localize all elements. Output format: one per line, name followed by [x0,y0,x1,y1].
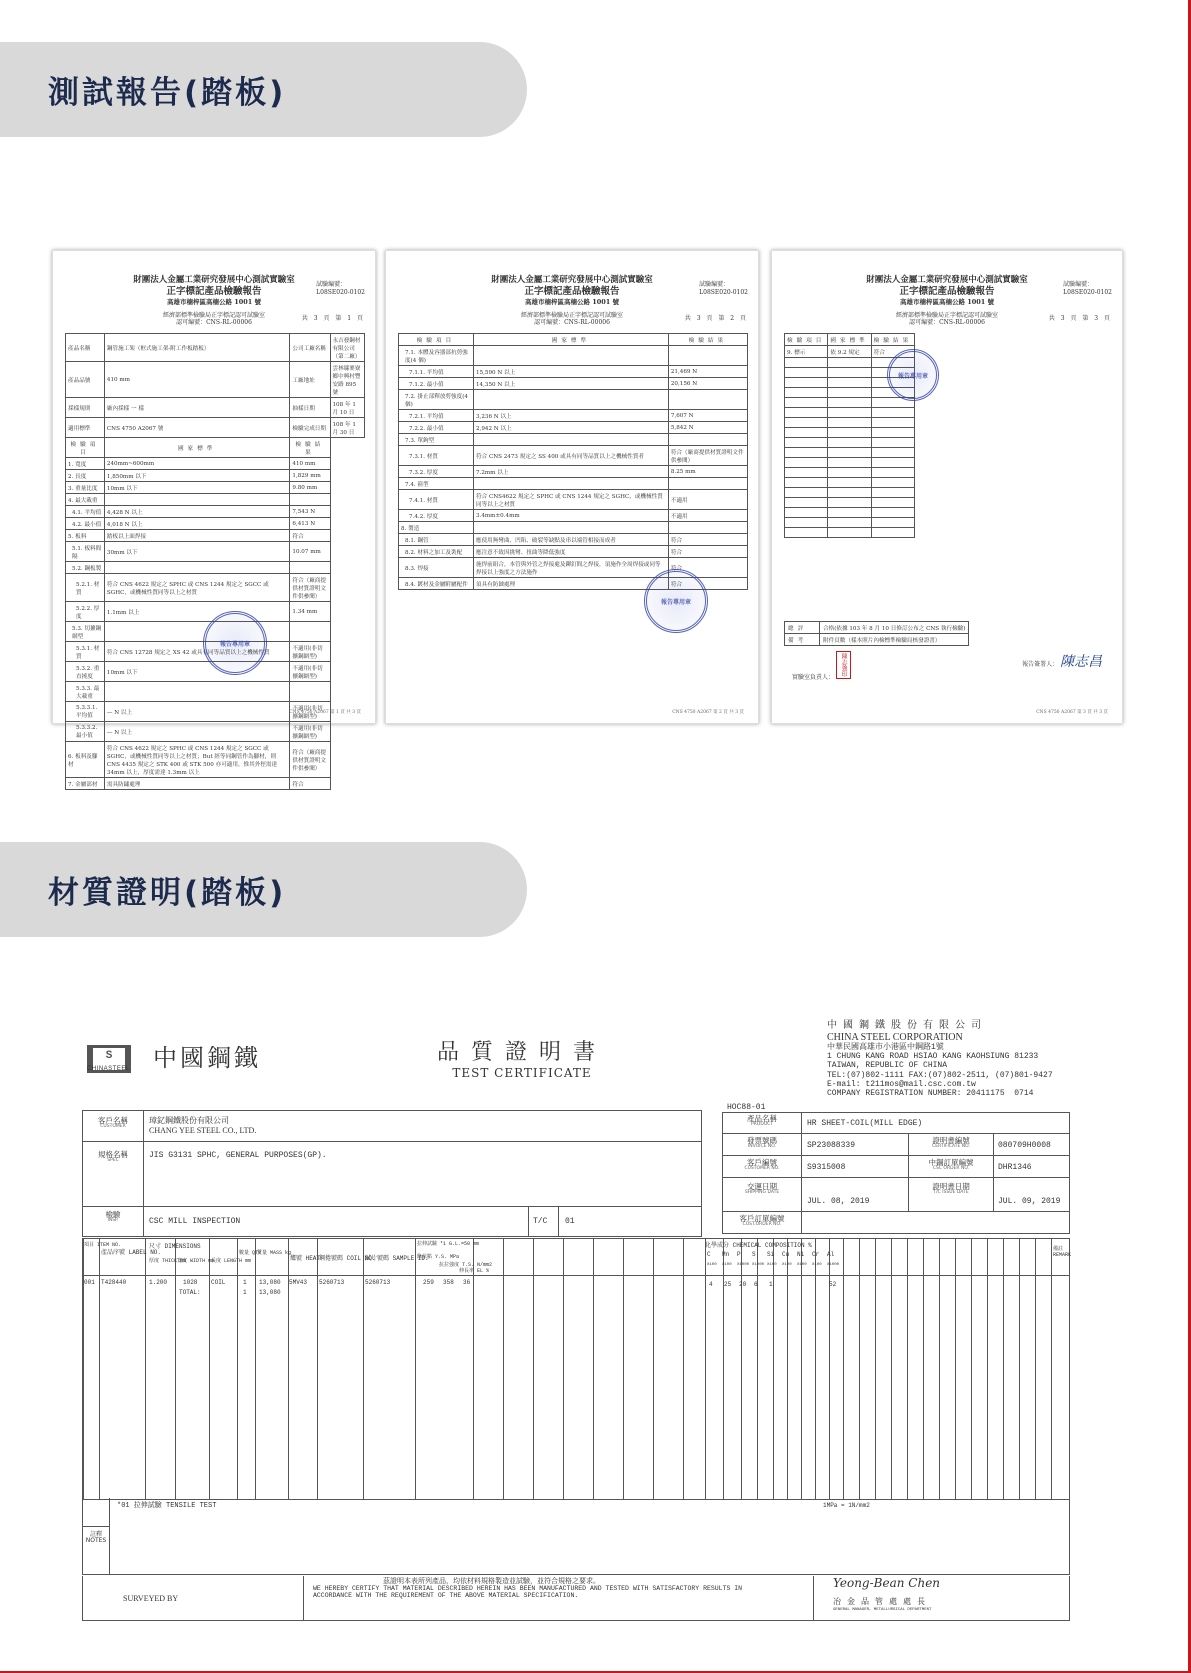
table-row: 5.3.3. 最大載重 [66,682,365,702]
empty-row [785,418,915,428]
result-cell: 5,842 N [668,422,747,434]
info-cell: 抽樣日期 [290,398,330,418]
col-multiplier: X1000 [737,1263,749,1267]
result-cell: 符合 [668,546,747,558]
inspection-label: 檢驗INSP. [85,1211,141,1224]
section-title: 材質證明(踏板) [48,867,286,912]
item-cell: 7.4.2. 厚度 [399,510,474,522]
total-mass: 13,080 [259,1289,281,1296]
col-tensile: 拉伸試驗 *1 G.L.=50 mm [417,1240,479,1247]
row-thick: 1.200 [149,1279,167,1286]
row-mass: 13,080 [259,1279,281,1286]
empty-cell [871,438,914,448]
grid-line [175,1239,176,1499]
standard-cell: 符合 CNS 2473 規定之 SS 400 或具有同等品質以上之機械性質者 [473,446,668,466]
empty-cell [785,468,828,478]
result-cell [290,562,330,574]
table-row: 7. 金屬部材需具防鏽處理符合 [66,778,365,790]
cert-no-value: 080709H0008 [998,1141,1051,1150]
empty-cell [871,488,914,498]
report-footer: CNS 4750 A2067 第 2 頁 共 3 頁 [672,709,744,715]
tc-value: 01 [565,1217,575,1226]
standard-cell [473,478,668,490]
report-number-value: L08SE020-0102 [316,289,365,297]
table-row: 8.1. 鋼管應使用無彎曲、凹陷、破裂等缺點及串以端管相接而成者符合 [399,534,748,546]
info-cell: 工廠地址 [290,362,330,398]
item-cell: 8.1. 鋼管 [399,534,474,546]
info-cell: 雲林縣麥寮鄉中興村豐安路 895 號 [330,362,365,398]
standard-cell: 3.4mm±0.4mm [473,510,668,522]
empty-cell [871,508,914,518]
result-cell: 符合（廠商提供材質證明文件供參閱） [668,446,747,466]
registration-suffix: 0714 [1014,1089,1033,1098]
report-number: 試驗編號： L08SE020-0102 [316,281,365,297]
info-cell: 採樣規則 [66,398,105,418]
table-row: 7.4.2. 厚度3.4mm±0.4mm不適用 [399,510,748,522]
seal-text: 報告專用章 [898,371,928,380]
empty-cell [871,408,914,418]
empty-cell [828,358,871,368]
table-row: 5.2. 鋼板製 [66,562,365,574]
invoice-value: SP23088339 [807,1141,855,1150]
item-cell: 5.2.1. 材質 [66,574,105,602]
certificate-title: 品質證明書 TEST CERTIFICATE [437,1035,607,1080]
standard-cell: 符合 CNS4622 規定之 SPHC 或 CNS 1244 規定之 SGHC，… [473,490,668,510]
certificate-data-grid: 項目 ITEM NO.產品序號 LABEL NO.尺寸 DIMENSIONS厚度… [82,1238,1070,1500]
company-info: 中國鋼鐵股份有限公司 CHINA STEEL CORPORATION 中華民國高… [827,1020,1053,1098]
grid-line [593,1239,594,1499]
grid-line [683,1239,684,1499]
empty-cell [871,518,914,528]
address-zh: 中華民國高雄市小港區中鋼路1號 [827,1043,1053,1052]
grid-line [741,1239,742,1499]
info-row: 適用標準CNS 4750 A2067 號檢驗完成日期108 年 1 月 30 日 [66,418,365,438]
empty-row [785,518,915,528]
col-multiplier: X100 [767,1263,777,1267]
grid-line [317,1239,318,1499]
report-page: 共 3 頁 第 3 頁 [1049,313,1112,322]
col-heat: 爐號 HEAT [290,1253,320,1262]
empty-row [785,478,915,488]
col-remark: 備註 REMARK [1053,1245,1071,1258]
col-element: P [737,1251,741,1258]
info-cell: 適用標準 [66,418,105,438]
customer-no-label: 客戶編號CUSTOMER NO. [725,1159,799,1172]
empty-cell [785,498,828,508]
standard-cell: 4,428 N 以上 [104,506,290,518]
col-length: 長度 LENGTH mm [211,1257,251,1264]
row-ys: 259 [423,1279,434,1286]
empty-cell [828,388,871,398]
summary-value: 合格(依據 103 年 8 月 10 日修訂公布之 CNS 執行檢驗) [820,622,969,634]
telephone: TEL:(07)802-1111 FAX:(07)802-2511, (07)8… [827,1071,1053,1080]
row-el: 36 [463,1279,470,1286]
issue-date-value: JUL. 09, 2019 [998,1197,1060,1206]
col-multiplier: X100 [707,1263,717,1267]
row-item: 001 [84,1279,95,1286]
item-cell: 7.1.1. 平均值 [399,366,474,378]
grid-line [829,1239,830,1499]
column-header: 檢驗項目 [399,334,474,346]
item-cell: 5.3.1. 材質 [66,642,105,662]
report-number-label: 試驗編號： [1063,281,1112,289]
grid-line [955,1239,956,1499]
grid-line [363,1239,364,1499]
empty-cell [785,478,828,488]
table-row: 4. 最大載重 [66,494,365,506]
empty-cell [785,528,828,538]
table-row: 7.4. 箍型 [399,478,748,490]
seal-stamp: 報告專用章 [203,611,267,675]
logo-zh: 中國鋼鐵 [153,1038,261,1073]
row-chem: 20 [739,1281,746,1288]
row-chem: 4 [709,1281,713,1288]
column-header: 檢驗項目 [785,334,828,346]
grid-line [473,1239,474,1499]
invoice-label: 發票號碼INVOICE NO. [725,1137,799,1150]
empty-cell [785,458,828,468]
empty-cell [785,398,828,408]
supervisor-label: 實驗室負責人： [792,674,834,681]
info-cell: 檢驗完成日期 [290,418,330,438]
empty-cell [871,528,914,538]
empty-cell [785,518,828,528]
item-cell: 7.3. 單鉤型 [399,434,474,446]
info-cell: 廠內採樣 一 樣 [104,398,290,418]
standard-cell: 施焊前組合，本管與外管之焊接處及鉚釘間之焊接，須施作全周焊接或同等焊接以上強度之… [473,558,668,578]
empty-row [785,528,915,538]
empty-row [785,408,915,418]
empty-cell [828,438,871,448]
empty-row [785,458,915,468]
empty-cell [785,488,828,498]
empty-cell [785,448,828,458]
table-row: 7.2. 掛止部釋放剪強度(4 個) [399,390,748,410]
registration: COMPANY REGISTRATION NUMBER: 20411175 [827,1089,1005,1098]
grid-line [843,1239,844,1499]
standard-cell: 1,850mm 以下 [104,470,290,482]
material-test-certificate: S CHINASTEEL 中國鋼鐵 品質證明書 TEST CERTIFICATE… [82,1020,1085,1580]
grid-line [255,1239,256,1499]
col-multiplier: X100 [782,1263,792,1267]
col-multiplier: X100 [797,1263,807,1267]
col-element: Cr [812,1251,819,1258]
empty-row [785,488,915,498]
signer-label: 報告簽署人： [1022,661,1058,668]
info-cell: 108 年 1 月 30 日 [330,418,365,438]
item-cell: 5.3.3. 最大載重 [66,682,105,702]
grid-line [83,1275,1069,1276]
col-element: Al [827,1251,834,1258]
spec-label: 規格名稱SPEC [85,1151,141,1164]
footnote-tensile: *01 拉伸試驗 TENSILE TEST [117,1500,216,1510]
item-cell: 5.3.3.2. 最小值 [66,722,105,742]
report-summary: 總評 合格(依據 103 年 8 月 10 日修訂公布之 CNS 執行檢驗) 備… [784,621,969,646]
grid-line [757,1239,758,1499]
dept-zh: 冶金品管處處長 [833,1596,931,1607]
china-steel-logo: S CHINASTEEL 中國鋼鐵 [87,1038,261,1073]
empty-cell [828,508,871,518]
result-cell: 7,607 N [668,410,747,422]
empty-cell [828,468,871,478]
empty-cell [828,458,871,468]
item-cell: 5. 板料 [66,530,105,542]
result-cell: 不適用 [668,490,747,510]
info-cell: 410 mm [104,362,290,398]
title-zh: 品質證明書 [437,1035,607,1066]
standard-cell: 踏板以上面焊接 [104,530,290,542]
standard-cell: — N 以上 [104,702,290,722]
info-row: 採樣規則廠內採樣 一 樣抽樣日期108 年 1 月 10 日 [66,398,365,418]
grid-line [723,1239,724,1499]
grid-line [939,1239,940,1499]
result-cell: 7,543 N [290,506,330,518]
grid-line [1019,1239,1020,1499]
empty-cell [828,448,871,458]
item-cell: 5.3. 切擴鋼網型 [66,622,105,642]
item-cell: 4. 最大載重 [66,494,105,506]
grid-line [209,1239,210,1499]
empty-cell [785,508,828,518]
standard-cell: 應注意不致因挑彎、扭曲等降低強度 [473,546,668,558]
report-table: 產品名稱鋼管施工架（框式施工架-附工作板踏板）公司工廠名稱永吉發鋼材有限公司（第… [65,333,365,790]
grid-line [145,1239,146,1499]
grid-line [99,1239,100,1499]
standard-cell: 10mm 以下 [104,662,290,682]
certify-en: WE HEREBY CERTIFY THAT MATERIAL DESCRIBE… [313,1585,753,1600]
empty-cell [871,478,914,488]
empty-row [785,438,915,448]
csc-order-label: 中鋼訂單編號CSC ORDER NO. [910,1159,992,1172]
standard-cell: — N 以上 [104,722,290,742]
signature: Yeong-Bean Chen [833,1576,940,1590]
order-info-box: 產品名稱PRODUCT HR SHEET-COIL(MILL EDGE) 發票號… [722,1112,1070,1234]
seal-text: 報告專用章 [661,597,691,606]
grid-line [815,1239,816,1499]
grid-line [859,1239,860,1499]
report-signatures: 實驗室負責人： 陳志強印 報告簽署人： 陳志昌 [792,651,1102,681]
standard-cell: 240mm~600mm [104,458,290,470]
title-en: TEST CERTIFICATE [437,1066,607,1080]
item-cell: 5.3.2. 重直撓度 [66,662,105,682]
notes-box: *01 拉伸試驗 TENSILE TEST 1MPa = 1N/mm2 註釋 N… [82,1498,1070,1575]
col-width: 寬度 WIDTH mm [177,1257,214,1264]
empty-cell [785,428,828,438]
report-address: 高雄市楠梓區高楠公路 1001 號 [53,298,375,306]
section-banner-material-certificate: 材質證明(踏板) [0,842,527,937]
report-footer: CNS 4750 A2067 第 3 頁 共 3 頁 [1036,709,1108,715]
header-row: 檢驗項目國家標準檢驗結果 [785,334,915,346]
column-header: 國家標準 [104,438,290,458]
result-cell: 9.80 mm [290,482,330,494]
table-row: 1. 寬度240mm~600mm410 mm [66,458,365,470]
info-cell: 永吉發鋼材有限公司（第二廠） [330,334,365,362]
table-row: 7.1.2. 最小值14,350 N 以上20,156 N [399,378,748,390]
col-element: Mn [722,1251,729,1258]
row-label-no: T428440 [101,1279,126,1286]
empty-cell [871,448,914,458]
result-cell [668,478,747,490]
report-number-label: 試驗編號： [316,281,365,289]
col-multiplier: X1000 [752,1263,764,1267]
unit-note: 1MPa = 1N/mm2 [823,1502,870,1509]
empty-cell [871,428,914,438]
item-cell: 7.1. 本體及容器部抗剪強度(4 個) [399,346,474,366]
lab-supervisor: 實驗室負責人： 陳志強印 [792,651,851,681]
result-cell [668,434,747,446]
info-row: 產品名稱鋼管施工架（框式施工架-附工作板踏板）公司工廠名稱永吉發鋼材有限公司（第… [66,334,365,362]
info-cell: 產品品號 [66,362,105,398]
result-cell: 符合 [668,534,747,546]
grid-line [801,1239,802,1499]
col-chem: 化學成分 CHEMICAL COMPOSITION % [705,1240,812,1249]
empty-cell [828,378,871,388]
empty-cell [828,498,871,508]
item-cell: 1. 寬度 [66,458,105,470]
cust-order-label: 客戶訂單編號CUST.ORDER NO. [725,1215,799,1228]
address-en-1: 1 CHUNG KANG ROAD HSIAO KANG KAOHSIUNG 8… [827,1052,1053,1061]
standard-cell: 須具有防蝕處理 [473,578,668,590]
standard-cell [104,682,290,702]
result-cell: 不適用 [668,510,747,522]
seal-stamp: 報告專用章 [887,349,939,401]
grid-line [415,1239,416,1499]
result-cell [290,682,330,702]
notes-label: 註釋 NOTES [84,1532,108,1545]
issue-date-label: 證明書日期T/C ISSUE DATE [910,1183,992,1196]
info-cell: 鋼管施工架（框式施工架-附工作板踏板） [104,334,290,362]
column-header: 檢驗結果 [290,438,330,458]
table-row: 7.3. 單鉤型 [399,434,748,446]
empty-cell [828,368,871,378]
empty-cell [828,418,871,428]
report-number: 試驗編號： L08SE020-0102 [699,281,748,297]
empty-cell [871,418,914,428]
table-row: 8.2. 材料之加工及裝配應注意不致因挑彎、扭曲等降低強度符合 [399,546,748,558]
table-row: 2. 長度1,850mm 以下1,829 mm [66,470,365,482]
table-row: 3. 重量比度10mm 以下9.80 mm [66,482,365,494]
empty-cell [871,498,914,508]
column-header: 國家標準 [473,334,668,346]
result-cell: 符合 [290,778,330,790]
standard-cell: 15,590 N 以上 [473,366,668,378]
surveyed-by: SURVEYED BY [123,1594,178,1603]
standard-cell [473,434,668,446]
item-cell: 5.3.3.1. 平均值 [66,702,105,722]
report-number: 試驗編號： L08SE020-0102 [1063,281,1112,297]
report-address: 高雄市楠梓區高楠公路 1001 號 [772,298,1122,306]
empty-cell [785,388,828,398]
item-cell: 8.3. 焊接 [399,558,474,578]
dept-en: GENERAL MANAGER, METALLURGICAL DEPARTMEN… [833,1608,931,1612]
report-table: 檢驗項目國家標準檢驗結果7.1. 本體及容器部抗剪強度(4 個)7.1.1. 平… [398,333,748,590]
result-cell: 符合 [290,530,330,542]
empty-cell [828,528,871,538]
customer-label: 客戶名稱CUSTOMER [85,1117,141,1130]
ship-date-value: JUL. 08, 2019 [807,1197,869,1206]
table-row: 5.3.3.2. 最小值— N 以上不適用(非切擴鋼網型) [66,722,365,742]
grid-line [83,1239,84,1499]
grid-line [1003,1239,1004,1499]
grid-line [1035,1239,1036,1499]
standard-cell [473,522,668,534]
standard-cell [104,562,290,574]
empty-row [785,428,915,438]
row-chem: 1 [769,1281,773,1288]
empty-row [785,398,915,408]
table-row: 7.1. 本體及容器部抗剪強度(4 個) [399,346,748,366]
result-cell: 8.25 mm [668,466,747,478]
row-chem: 52 [829,1281,836,1288]
item-cell: 7.3.2. 厚度 [399,466,474,478]
email: E-mail: t211mos@mail.csc.com.tw [827,1080,1053,1089]
result-cell [290,622,330,642]
item-cell: 7.2.1. 平均值 [399,410,474,422]
empty-cell [828,428,871,438]
col-multiplier: X1000 [827,1263,839,1267]
customer-zh: 璋釔鋼鐵股份有限公司 [149,1115,229,1126]
standard-cell: 符合 CNS 4622 規定之 SPHC 或 CNS 1244 規定之 SGCC… [104,574,290,602]
grid-line [891,1239,892,1499]
grid-line [787,1239,788,1499]
result-cell: 1,829 mm [290,470,330,482]
table-row: 8. 製造 [399,522,748,534]
report-number-value: L08SE020-0102 [699,289,748,297]
result-cell: 10.07 mm [290,542,330,562]
report-address: 高雄市楠梓區高楠公路 1001 號 [386,298,758,306]
empty-row [785,468,915,478]
item-cell: 8.4. 鍍材及金屬附屬配件 [399,578,474,590]
table-row: 7.2.1. 平均值3,236 N 以上7,607 N [399,410,748,422]
col-element: Cu [782,1251,789,1258]
test-report-page-3: 財團法人金屬工業研究發展中心測試實驗室 正字標記產品檢驗報告 高雄市楠梓區高楠公… [771,250,1123,724]
standard-cell: 應使用無彎曲、凹陷、破裂等缺點及串以端管相接而成者 [473,534,668,546]
standard-cell: 14,350 N 以上 [473,378,668,390]
grid-line [1069,1239,1070,1499]
total-label: TOTAL: [179,1289,201,1296]
item-cell: 8.2. 材料之加工及裝配 [399,546,474,558]
grid-line [563,1239,564,1499]
row-ts: 358 [443,1279,454,1286]
grid-line [705,1239,706,1499]
row-sample: 5260713 [365,1279,390,1286]
remark-label: 備考 [785,634,820,646]
empty-row [785,508,915,518]
result-cell [290,494,330,506]
empty-cell [785,408,828,418]
grid-line [503,1239,504,1499]
cert-no-label: 證明書編號CERTIFICATE NO. [910,1137,992,1150]
empty-cell [828,488,871,498]
customer-info-box: 客戶名稱CUSTOMER 璋釔鋼鐵股份有限公司 CHANG YEE STEEL … [82,1110,702,1237]
col-multiplier: X100 [722,1263,732,1267]
result-cell [668,390,747,410]
info-cell: 108 年 1 月 10 日 [330,398,365,418]
row-chem: 25 [724,1281,731,1288]
report-page: 共 3 頁 第 2 頁 [685,313,748,322]
result-cell: 21,469 N [668,366,747,378]
grid-line [623,1239,624,1499]
row-qty: 1 [243,1279,247,1286]
item-cell: 7.1.2. 最小值 [399,378,474,390]
result-cell: 符合（廠商提供材質證明文件供參閱） [290,742,330,778]
row-width: 1028 [183,1279,197,1286]
col-element: C [707,1251,711,1258]
red-stamp: 陳志強印 [836,651,851,679]
col-el: 伸長率 EL % [459,1267,489,1274]
grid-line [907,1239,908,1499]
item-cell: 5.2.2. 厚度 [66,602,105,622]
